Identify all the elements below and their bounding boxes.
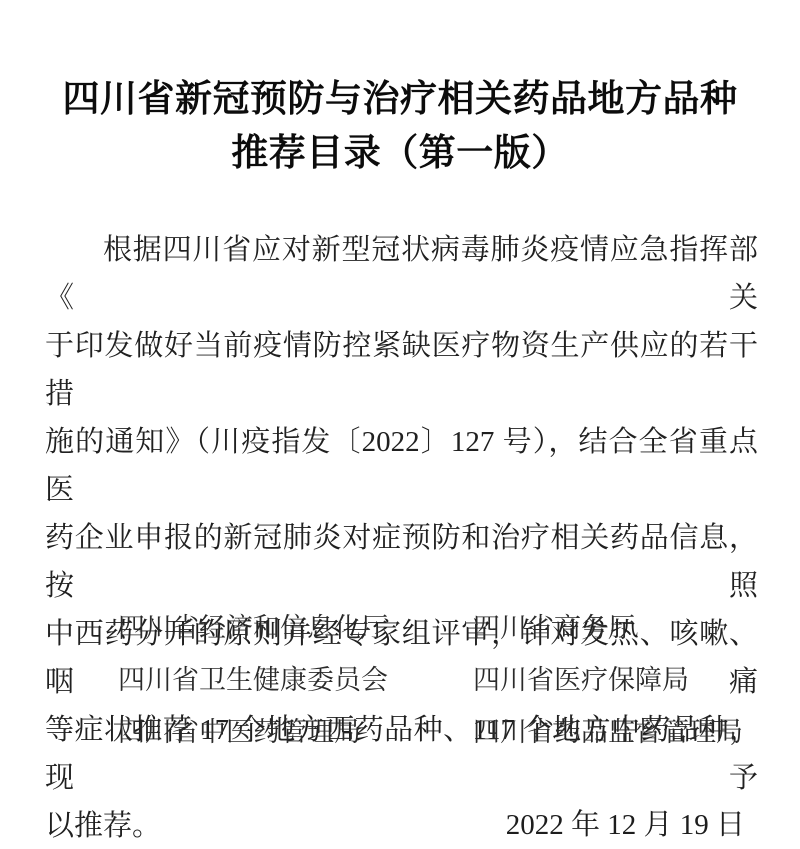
document-page: 四川省新冠预防与治疗相关药品地方品种 推荐目录（第一版） 根据四川省应对新型冠状… [0, 0, 800, 849]
title-line-2: 推荐目录（第一版） [0, 126, 800, 180]
signatory-right: 四川省医疗保障局 [473, 664, 743, 696]
signatory-right: 四川省药品监督管理局 [473, 716, 743, 748]
body-paragraph: 根据四川省应对新型冠状病毒肺炎疫情应急指挥部《关 于印发做好当前疫情防控紧缺医疗… [45, 226, 758, 849]
signatory-left: 四川省卫生健康委员会 [118, 664, 473, 696]
title-line-1: 四川省新冠预防与治疗相关药品地方品种 [0, 72, 800, 126]
document-title: 四川省新冠预防与治疗相关药品地方品种 推荐目录（第一版） [0, 72, 800, 180]
signatory-left: 四川省经济和信息化厅 [118, 612, 473, 644]
signatory-left: 四川省中医药管理局 [118, 716, 473, 748]
paragraph-line: 于印发做好当前疫情防控紧缺医疗物资生产供应的若干措 [45, 322, 758, 418]
paragraph-line: 根据四川省应对新型冠状病毒肺炎疫情应急指挥部《关 [45, 226, 758, 322]
signatory-right: 四川省商务厅 [473, 612, 743, 644]
paragraph-line: 施的通知》（川疫指发〔2022〕127 号），结合全省重点医 [45, 418, 758, 514]
paragraph-line: 药企业申报的新冠肺炎对症预防和治疗相关药品信息，按照 [45, 514, 758, 610]
document-date: 2022 年 12 月 19 日 [506, 808, 745, 842]
signatory-block: 四川省经济和信息化厅 四川省商务厅 四川省卫生健康委员会 四川省医疗保障局 四川… [118, 612, 743, 748]
